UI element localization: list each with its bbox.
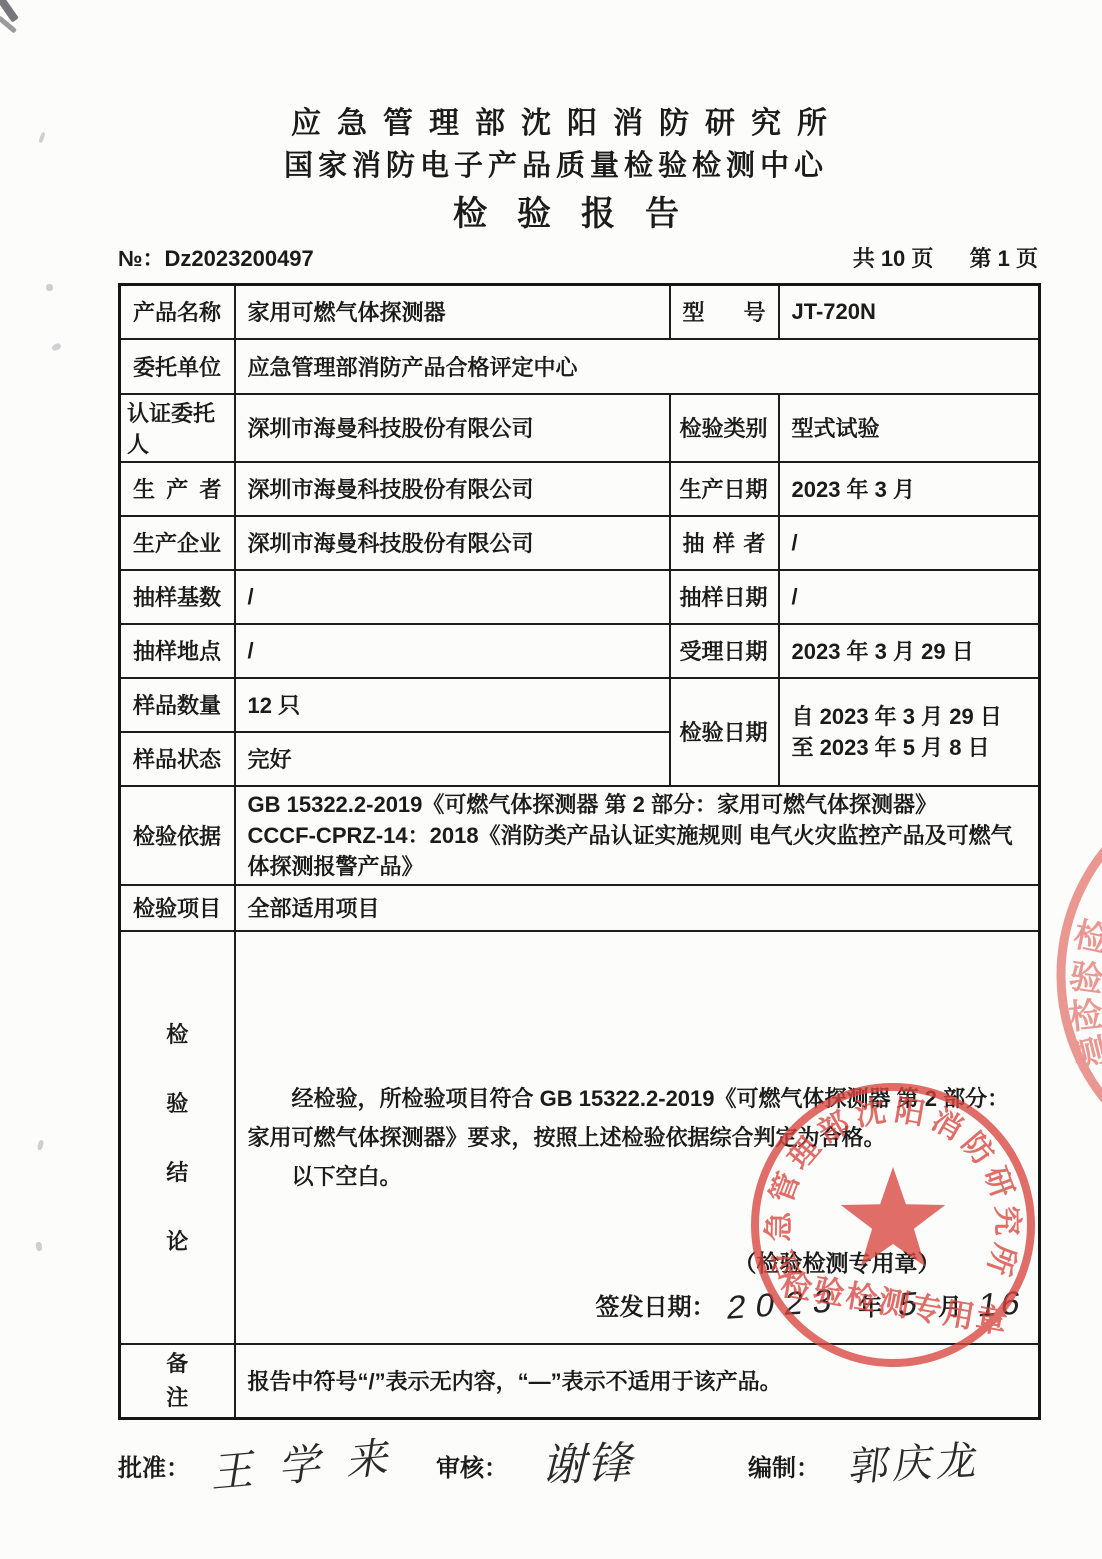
table-row: 样品数量 12 只 检验日期 自 2023 年 3 月 29 日 至 2023 … xyxy=(120,678,1040,732)
table-row: 检 验 结 论 经检验，所检验项目符合 GB 15322.2-2019《可燃气体… xyxy=(120,931,1040,1344)
edge-seal-char: 测 xyxy=(1069,1032,1102,1077)
producer-label: 生 产 者 xyxy=(120,462,235,516)
test-type-value: 型式试验 xyxy=(779,394,1040,462)
issue-day-handwritten: 16 xyxy=(976,1282,1027,1324)
manufacturer-label: 生产企业 xyxy=(120,516,235,570)
report-no: Dz2023200497 xyxy=(165,246,314,271)
edge-seal-fragment: 检 验 检 测 xyxy=(1044,845,1102,1113)
page-number: 第 1 页 xyxy=(970,246,1038,271)
org-title-line1: 应急管理部沈阳消防研究所 xyxy=(0,98,1102,142)
conclusion-label: 检 验 结 论 xyxy=(120,931,235,1344)
producer-value: 深圳市海曼科技股份有限公司 xyxy=(235,462,670,516)
basis-line1: GB 15322.2-2019《可燃气体探测器 第 2 部分：家用可燃气体探测器… xyxy=(248,789,1027,820)
basis-line2: CCCF-CPRZ-14：2018《消防类产品认证实施规则 电气火灾监控产品及可… xyxy=(248,820,1027,882)
cert-applicant-label: 认证委托人 xyxy=(120,394,235,462)
test-date-to: 至 2023 年 5 月 8 日 xyxy=(792,732,1027,763)
sample-base-value: / xyxy=(235,570,670,624)
sampling-place-value: / xyxy=(235,624,670,678)
remark-label: 备 注 xyxy=(120,1344,235,1419)
items-value: 全部适用项目 xyxy=(235,885,1040,931)
client-value: 应急管理部消防产品合格评定中心 xyxy=(235,339,1040,394)
approve-label: 批准： xyxy=(118,1448,190,1483)
model-value: JT-720N xyxy=(779,285,1040,339)
acceptance-date-value: 2023 年 3 月 29 日 xyxy=(779,624,1040,678)
total-pages: 共 10 页 xyxy=(853,246,934,271)
approve-signature: 王 学 来 xyxy=(214,1432,398,1492)
issue-month-unit: 月 xyxy=(938,1288,962,1327)
table-row: 认证委托人 深圳市海曼科技股份有限公司 检验类别 型式试验 xyxy=(120,394,1040,462)
issue-date-label: 签发日期： xyxy=(596,1294,716,1321)
client-label: 委托单位 xyxy=(120,339,235,394)
pagination: 共 10 页 第 1 页 xyxy=(853,242,1038,273)
review-label: 审核： xyxy=(436,1448,508,1483)
table-row: 检验项目 全部适用项目 xyxy=(120,885,1040,931)
conclusion-blank-note: 以下空白。 xyxy=(248,1157,1027,1196)
report-number-line: 共 10 页 第 1 页 №：Dz2023200497 xyxy=(118,242,1038,273)
signoff-line: 批准： 王 学 来 审核： 谢锋 编制： 郭庆龙 xyxy=(118,1440,1058,1530)
issue-date-line: 签发日期： 2023 年 5 月 16 日 xyxy=(596,1284,1040,1327)
table-row: 抽样基数 / 抽样日期 / xyxy=(120,570,1040,624)
edge-seal-char: 检 xyxy=(1070,916,1102,960)
basis-label: 检验依据 xyxy=(120,786,235,885)
table-row: 备 注 报告中符号“/”表示无内容，“—”表示不适用于该产品。 xyxy=(120,1344,1040,1419)
conclusion-label-char: 检 xyxy=(166,1018,188,1049)
issue-year-unit: 年 xyxy=(858,1288,882,1327)
issue-year-handwritten: 2023 xyxy=(725,1280,845,1327)
test-date-label: 检验日期 xyxy=(670,678,779,786)
sampling-place-label: 抽样地点 xyxy=(120,624,235,678)
items-label: 检验项目 xyxy=(120,885,235,931)
conclusion-paragraph: 经检验，所检验项目符合 GB 15322.2-2019《可燃气体探测器 第 2 … xyxy=(248,1079,1027,1157)
cert-applicant-value: 深圳市海曼科技股份有限公司 xyxy=(235,394,670,462)
edge-seal-char: 检 xyxy=(1067,996,1102,1037)
sampler-label: 抽 样 者 xyxy=(670,516,779,570)
conclusion-label-char: 论 xyxy=(166,1225,188,1256)
table-row: 抽样地点 / 受理日期 2023 年 3 月 29 日 xyxy=(120,624,1040,678)
edge-seal-ring xyxy=(1061,845,1102,1113)
manufacturer-value: 深圳市海曼科技股份有限公司 xyxy=(235,516,670,570)
sampling-date-label: 抽样日期 xyxy=(670,570,779,624)
remark-label-char: 注 xyxy=(166,1383,188,1413)
table-row: 生产企业 深圳市海曼科技股份有限公司 抽 样 者 / xyxy=(120,516,1040,570)
edge-seal-char: 验 xyxy=(1067,957,1102,999)
sample-qty-value: 12 只 xyxy=(235,678,670,732)
conclusion-cell: 经检验，所检验项目符合 GB 15322.2-2019《可燃气体探测器 第 2 … xyxy=(235,931,1040,1344)
conclusion-label-char: 验 xyxy=(166,1087,188,1118)
issue-month-handwritten: 5 xyxy=(896,1283,924,1323)
basis-value: GB 15322.2-2019《可燃气体探测器 第 2 部分：家用可燃气体探测器… xyxy=(235,786,1040,885)
report-table: 产品名称 家用可燃气体探测器 型 号 JT-720N 委托单位 应急管理部消防产… xyxy=(118,283,1041,1420)
table-row: 产品名称 家用可燃气体探测器 型 号 JT-720N xyxy=(120,285,1040,339)
table-row: 检验依据 GB 15322.2-2019《可燃气体探测器 第 2 部分：家用可燃… xyxy=(120,786,1040,885)
sample-state-value: 完好 xyxy=(235,732,670,786)
product-name-label: 产品名称 xyxy=(120,285,235,339)
production-date-label: 生产日期 xyxy=(670,462,779,516)
prepare-signature: 郭庆龙 xyxy=(850,1432,982,1489)
sample-qty-label: 样品数量 xyxy=(120,678,235,732)
scan-artifact xyxy=(35,1242,42,1252)
product-name-value: 家用可燃气体探测器 xyxy=(235,285,670,339)
test-type-label: 检验类别 xyxy=(670,394,779,462)
remark-value: 报告中符号“/”表示无内容，“—”表示不适用于该产品。 xyxy=(235,1344,1040,1419)
scan-artifact xyxy=(37,1140,44,1151)
scan-artifact xyxy=(51,342,62,351)
sampling-date-value: / xyxy=(779,570,1040,624)
remark-label-char: 备 xyxy=(166,1349,188,1379)
review-signature: 谢锋 xyxy=(546,1428,638,1492)
sample-base-label: 抽样基数 xyxy=(120,570,235,624)
sample-state-label: 样品状态 xyxy=(120,732,235,786)
sampler-value: / xyxy=(779,516,1040,570)
table-row: 委托单位 应急管理部消防产品合格评定中心 xyxy=(120,339,1040,394)
test-date-from: 自 2023 年 3 月 29 日 xyxy=(792,701,1027,732)
org-title-line2: 国家消防电子产品质量检验检测中心 xyxy=(0,143,1102,184)
prepare-label: 编制： xyxy=(748,1448,820,1483)
acceptance-date-label: 受理日期 xyxy=(670,624,779,678)
table-row: 生 产 者 深圳市海曼科技股份有限公司 生产日期 2023 年 3 月 xyxy=(120,462,1040,516)
scan-artifact xyxy=(46,284,53,291)
conclusion-label-char: 结 xyxy=(166,1156,188,1187)
test-date-value: 自 2023 年 3 月 29 日 至 2023 年 5 月 8 日 xyxy=(779,678,1040,786)
report-title: 检验报告 xyxy=(0,186,1102,235)
model-label: 型 号 xyxy=(670,285,779,339)
seal-caption: （检验检测专用章） xyxy=(734,1244,941,1283)
production-date-value: 2023 年 3 月 xyxy=(779,462,1040,516)
report-no-label: №： xyxy=(118,246,165,271)
